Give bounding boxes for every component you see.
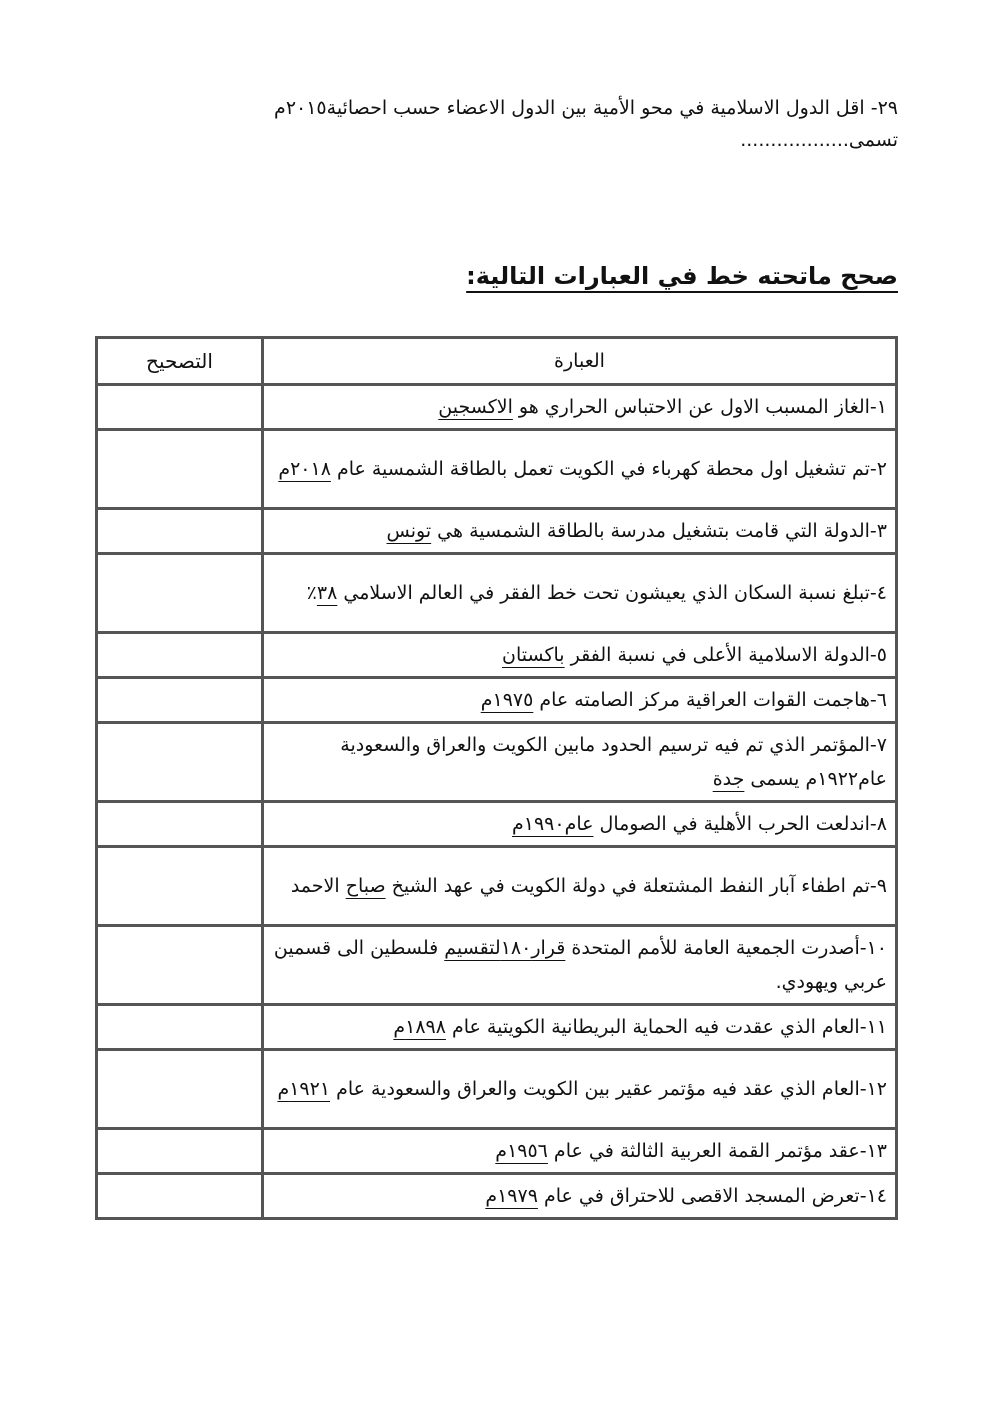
underlined-term: ١٩٧٥م (481, 689, 534, 711)
statement-cell: ٤-تبلغ نسبة السكان الذي يعيشون تحت خط ال… (263, 554, 897, 633)
underlined-term: ١٩٥٦م (495, 1140, 548, 1162)
underlined-term: باكستان (502, 644, 565, 666)
statement-cell: ٧-المؤتمر الذي تم فيه ترسيم الحدود مابين… (263, 723, 897, 802)
correction-cell[interactable] (97, 385, 263, 430)
table-row: ١٣-عقد مؤتمر القمة العربية الثالثة في عا… (97, 1129, 897, 1174)
correction-cell[interactable] (97, 430, 263, 509)
table-row: ٤-تبلغ نسبة السكان الذي يعيشون تحت خط ال… (97, 554, 897, 633)
correction-table: العبارة التصحيح ١-الغاز المسبب الاول عن … (95, 336, 898, 1220)
statement-cell: ١-الغاز المسبب الاول عن الاحتباس الحراري… (263, 385, 897, 430)
correction-cell[interactable] (97, 723, 263, 802)
underlined-term: ١٩٢١م (277, 1078, 330, 1100)
statement-cell: ١٢-العام الذي عقد فيه مؤتمر عقير بين الك… (263, 1050, 897, 1129)
table-row: ١٠-أصدرت الجمعية العامة للأمم المتحدة قر… (97, 926, 897, 1005)
statement-cell: ١٣-عقد مؤتمر القمة العربية الثالثة في عا… (263, 1129, 897, 1174)
underlined-term: تونس (387, 520, 432, 542)
correction-cell[interactable] (97, 1174, 263, 1219)
statement-cell: ١١-العام الذي عقدت فيه الحماية البريطاني… (263, 1005, 897, 1050)
correction-cell[interactable] (97, 1129, 263, 1174)
correction-cell[interactable] (97, 554, 263, 633)
correction-cell[interactable] (97, 678, 263, 723)
statement-cell: ١٤-تعرض المسجد الاقصى للاحتراق في عام ١٩… (263, 1174, 897, 1219)
correction-cell[interactable] (97, 509, 263, 554)
table-row: ٩-تم اطفاء آبار النفط المشتعلة في دولة ا… (97, 847, 897, 926)
statement-cell: ١٠-أصدرت الجمعية العامة للأمم المتحدة قر… (263, 926, 897, 1005)
underlined-term: ٣٨ (317, 582, 337, 604)
statement-cell: ٥-الدولة الاسلامية الأعلى في نسبة الفقر … (263, 633, 897, 678)
correction-cell[interactable] (97, 1005, 263, 1050)
table-row: ٥-الدولة الاسلامية الأعلى في نسبة الفقر … (97, 633, 897, 678)
underlined-term: صباح (346, 875, 386, 897)
question-29: ٢٩- اقل الدول الاسلامية في محو الأمية بي… (150, 92, 898, 156)
table-row: ١٤-تعرض المسجد الاقصى للاحتراق في عام ١٩… (97, 1174, 897, 1219)
table-row: ٦-هاجمت القوات العراقية مركز الصامته عام… (97, 678, 897, 723)
table-row: ٧-المؤتمر الذي تم فيه ترسيم الحدود مابين… (97, 723, 897, 802)
underlined-term: ١٨٩٨م (393, 1016, 446, 1038)
table-row: ١١-العام الذي عقدت فيه الحماية البريطاني… (97, 1005, 897, 1050)
correction-cell[interactable] (97, 1050, 263, 1129)
table-row: ٣-الدولة التي قامت بتشغيل مدرسة بالطاقة … (97, 509, 897, 554)
correction-cell[interactable] (97, 847, 263, 926)
correction-cell[interactable] (97, 633, 263, 678)
underlined-term: جدة (713, 768, 745, 790)
underlined-term: عام١٩٩٠م (512, 813, 593, 835)
underlined-term: ٢٠١٨م (278, 458, 331, 480)
header-statement: العبارة (263, 338, 897, 385)
statement-cell: ٨-اندلعت الحرب الأهلية في الصومال عام١٩٩… (263, 802, 897, 847)
table-header-row: العبارة التصحيح (97, 338, 897, 385)
underlined-term: ١٩٧٩م (485, 1185, 538, 1207)
table-row: ١-الغاز المسبب الاول عن الاحتباس الحراري… (97, 385, 897, 430)
header-correction: التصحيح (97, 338, 263, 385)
underlined-term: قرار١٨٠لتقسيم (444, 937, 565, 959)
correction-cell[interactable] (97, 926, 263, 1005)
statement-cell: ٩-تم اطفاء آبار النفط المشتعلة في دولة ا… (263, 847, 897, 926)
statement-cell: ٢-تم تشغيل اول محطة كهرباء في الكويت تعم… (263, 430, 897, 509)
statement-cell: ٣-الدولة التي قامت بتشغيل مدرسة بالطاقة … (263, 509, 897, 554)
section-title: صحح ماتحته خط في العبارات التالية: (466, 262, 898, 290)
table-row: ٢-تم تشغيل اول محطة كهرباء في الكويت تعم… (97, 430, 897, 509)
correction-cell[interactable] (97, 802, 263, 847)
statement-cell: ٦-هاجمت القوات العراقية مركز الصامته عام… (263, 678, 897, 723)
underlined-term: الاكسجين (438, 396, 513, 418)
table-row: ٨-اندلعت الحرب الأهلية في الصومال عام١٩٩… (97, 802, 897, 847)
table-row: ١٢-العام الذي عقد فيه مؤتمر عقير بين الك… (97, 1050, 897, 1129)
